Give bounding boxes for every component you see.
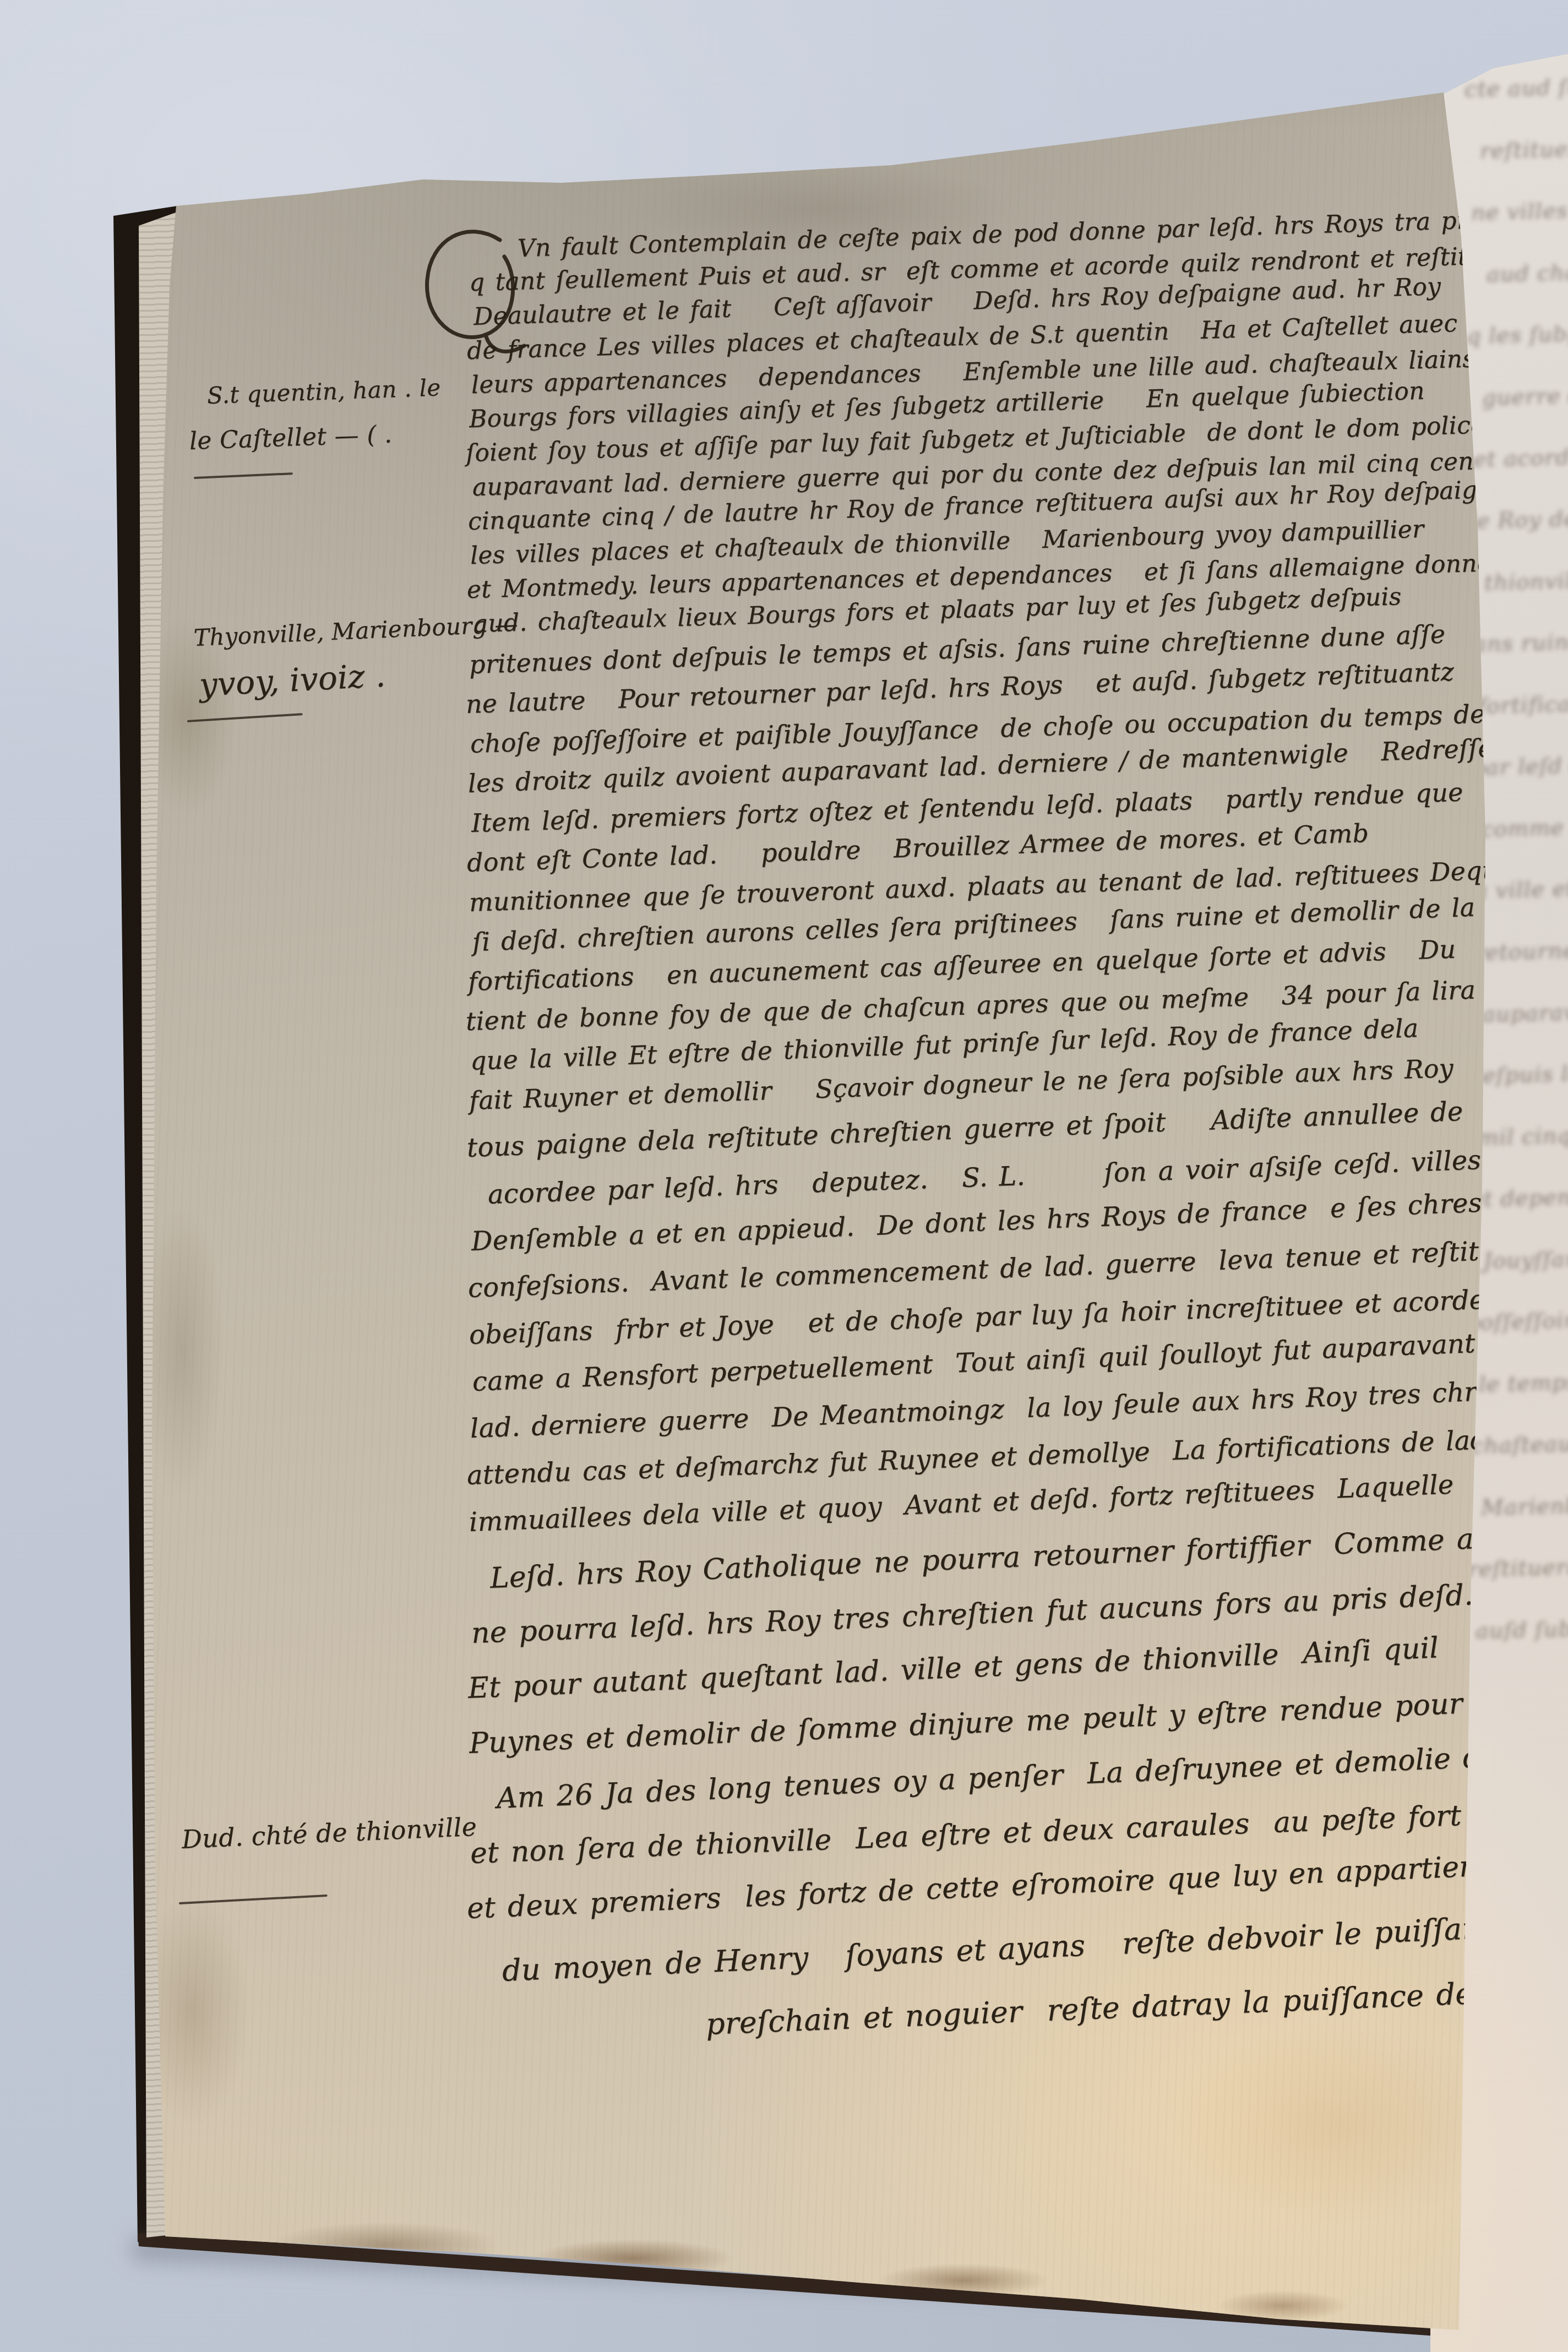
bleed-through-text-line: chaſteaulx [1471, 1431, 1568, 1459]
manuscript-page: Vn fault Contemplain de ceſte paix de po… [0, 0, 1568, 2352]
bleed-through-text-line: comme auſsi [1480, 813, 1568, 842]
bleed-through-text-line: mil cinq cen [1477, 1122, 1568, 1151]
bleed-through-text-line: cte aud ſr le re [1464, 73, 1568, 102]
margin-note-underline [187, 713, 303, 722]
bleed-through-text-line: thionville et [1484, 567, 1568, 596]
bleed-through-text-line: Jouyſſance [1483, 1246, 1568, 1274]
margin-note-underline [194, 472, 293, 479]
bleed-through-text-line: et dependan [1469, 1184, 1568, 1212]
bleed-through-text-line: Marienbour [1480, 1492, 1568, 1521]
bleed-through-text-line: ne villes et pls [1471, 196, 1568, 225]
bleed-through-text-line: poſſeſſoire [1465, 1308, 1568, 1336]
bleed-through-text-line: auſd ſubge [1475, 1615, 1568, 1644]
bleed-through-text-line: reſtituera [1467, 1554, 1568, 1582]
margin-note-underlines [0, 0, 1568, 2352]
bleed-through-text-line: reſtituez p ches [1479, 134, 1568, 164]
margin-note-underline [179, 1894, 328, 1904]
bleed-through-text-line: q les ſubgetz [1466, 320, 1568, 349]
photo-of-manuscript: cte aud ſr le rereſtituez p chesne ville… [0, 0, 1568, 2352]
bleed-through-text-line: guerre deſd hrs [1482, 381, 1568, 411]
bleed-through-text-line: le Roy deſpa [1468, 505, 1568, 534]
bleed-through-text-line: fortification [1477, 690, 1568, 719]
bleed-through-text-line: retourner f [1474, 937, 1568, 966]
bleed-through-text-line: par leſd dep [1471, 752, 1568, 781]
bleed-through-text-line: auparavant l [1482, 998, 1568, 1027]
bleed-through-text-line: et acorde q le [1473, 443, 1568, 472]
bleed-through-text-line: aud chaſt x de [1486, 258, 1568, 287]
bleed-through-text-line: le temps de [1478, 1369, 1568, 1397]
